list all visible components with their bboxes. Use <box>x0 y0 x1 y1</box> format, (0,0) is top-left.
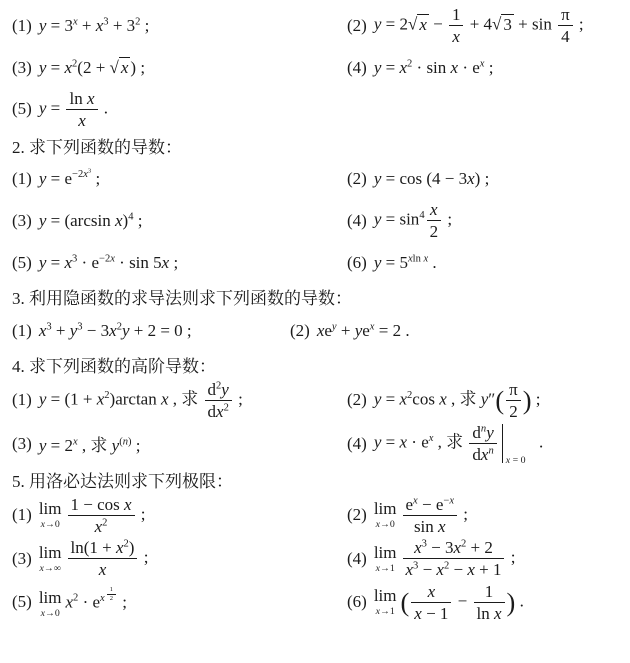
denominator: x2 <box>68 515 135 537</box>
limit: limx→0 <box>374 500 397 530</box>
math-text: 1 − cos <box>71 495 125 514</box>
math-text: ; <box>459 504 468 523</box>
item-label: (1) <box>12 505 32 525</box>
item-formula: limx→01 − cos xx2 ; <box>39 494 146 538</box>
big-paren: ( <box>495 385 504 414</box>
math-text: = cos (4 − 3 <box>381 169 467 188</box>
limit-label: lim <box>374 544 397 562</box>
big-paren: ) <box>523 385 532 414</box>
exercise-row: (1)y = 3x + x3 + 32 ;(2)y = 2√x − 1x + 4… <box>12 4 626 48</box>
math-text: e <box>472 58 480 77</box>
fraction: d2ydx2 <box>205 379 232 423</box>
math-text: 3 <box>64 16 73 35</box>
item-label: (2) <box>347 169 367 189</box>
limit-subscript: x→0 <box>374 520 397 530</box>
item-label: (5) <box>12 253 32 273</box>
numerator: x3 − 3x2 + 2 <box>403 537 505 558</box>
math-text: e <box>64 169 72 188</box>
square-root: √3 <box>492 14 514 34</box>
math-text: ; <box>575 15 584 34</box>
column-left-cell: (3)y = x2(2 + √x) ; <box>12 58 347 78</box>
denominator: 4 <box>558 25 573 47</box>
item-label: (2) <box>290 321 310 341</box>
math-text: + 4 <box>465 15 492 34</box>
math-text: ; <box>532 389 541 408</box>
item-formula: xey + yex = 2 . <box>317 321 410 341</box>
denominator: x <box>66 109 97 131</box>
math-text: · sin <box>412 58 450 77</box>
column-left-cell: (1)y = (1 + x2)arctan x , 求 d2ydx2 ; <box>12 379 347 423</box>
exercise-row: (3)limx→∞ln(1 + x2)x ;(4)limx→1x3 − 3x2 … <box>12 537 626 581</box>
numerator: ex − e−x <box>403 494 458 515</box>
column-right-cell: (2)xey + yex = 2 . <box>290 321 626 341</box>
fraction: 12 <box>107 586 116 603</box>
math-text: · sin 5 <box>115 253 162 272</box>
column-right-cell: (2)y = cos (4 − 3x) ; <box>347 169 626 189</box>
numerator: π <box>558 4 573 25</box>
math-text: = <box>381 389 399 408</box>
item-label: (3) <box>12 549 32 569</box>
math-variable: x <box>64 58 72 77</box>
math-variable: x <box>399 389 407 408</box>
column-left-cell: (5)limx→0x2 · ex12 ; <box>12 586 347 618</box>
document-page: (1)y = 3x + x3 + 32 ;(2)y = 2√x − 1x + 4… <box>0 0 630 624</box>
item-label: (6) <box>347 592 367 612</box>
item-formula: y = e−2x3 ; <box>39 169 100 189</box>
radicand: x <box>119 57 131 77</box>
math-variable: x <box>453 538 461 557</box>
item-formula: limx→1(xx − 1 − 1ln x) . <box>374 581 524 625</box>
math-text: ) ; <box>475 169 490 188</box>
item-label: (4) <box>347 434 367 454</box>
math-text: )arctan <box>110 389 161 408</box>
radicand: 3 <box>501 14 514 34</box>
column-left-cell: (1)limx→01 − cos xx2 ; <box>12 494 347 538</box>
column-right-cell: (4)y = x2 · sin x · ex ; <box>347 58 626 78</box>
math-text: 1 <box>485 582 494 601</box>
column-left-cell: (3)limx→∞ln(1 + x2)x ; <box>12 537 347 581</box>
math-variable: n <box>488 446 493 457</box>
math-variable: x <box>64 253 72 272</box>
limit: limx→0 <box>39 589 62 619</box>
math-text: π <box>561 5 570 24</box>
math-variable: y <box>122 321 130 340</box>
item-formula: x3 + y3 − 3x2y + 2 = 0 ; <box>39 321 192 341</box>
column-right-cell: (6)y = 5xln x . <box>347 253 626 273</box>
math-text: e <box>324 321 332 340</box>
evaluation-bar: x = 0 <box>502 424 535 463</box>
math-variable: x <box>428 582 436 601</box>
fraction: 1x <box>449 4 464 48</box>
denominator: dx2 <box>205 400 232 422</box>
math-text: − 1 <box>422 604 449 623</box>
item-label: (3) <box>12 434 32 454</box>
item-formula: y = ln xx . <box>39 88 108 132</box>
section-header: 3. 利用隐函数的求导法则求下列函数的导数： <box>12 283 626 311</box>
math-variable: x <box>467 169 475 188</box>
item-label: (3) <box>12 211 32 231</box>
math-text: ) <box>129 538 135 557</box>
math-text: · <box>458 58 472 77</box>
math-variable: x <box>439 389 447 408</box>
column-right-cell: (6)limx→1(xx − 1 − 1ln x) . <box>347 581 626 625</box>
superscript: 2 <box>224 402 229 413</box>
limit-label: lim <box>374 587 397 605</box>
math-text: = <box>46 253 64 272</box>
item-formula: limx→0x2 · ex12 ; <box>39 586 127 618</box>
item-formula: y = 2√x − 1x + 4√3 + sin π4 ; <box>374 4 584 48</box>
math-text: + <box>109 16 127 35</box>
limit-label: lim <box>39 589 62 607</box>
exercise-section-1: (1)y = 3x + x3 + 32 ;(2)y = 2√x − 1x + 4… <box>12 4 626 131</box>
math-variable: x <box>161 389 169 408</box>
item-formula: y = 3x + x3 + 32 ; <box>39 16 150 36</box>
math-text: − 3 <box>427 538 454 557</box>
math-variable: x <box>414 538 422 557</box>
item-label: (1) <box>12 390 32 410</box>
item-label: (6) <box>347 253 367 273</box>
math-variable: x <box>467 560 475 579</box>
exercise-row: (1)y = (1 + x2)arctan x , 求 d2ydx2 ;(2)y… <box>12 379 626 423</box>
math-text: 1 <box>110 586 113 593</box>
limit-subscript: x→0 <box>39 520 62 530</box>
fraction: 1 − cos xx2 <box>68 494 135 538</box>
math-text: ; <box>484 58 493 77</box>
math-text: (arcsin <box>64 211 115 230</box>
math-variable: x <box>109 321 117 340</box>
math-variable: x <box>430 200 438 219</box>
math-text: = <box>381 253 399 272</box>
denominator: 2 <box>506 400 521 422</box>
math-text: 5 <box>399 253 408 272</box>
item-formula: y = (1 + x2)arctan x , 求 d2ydx2 ; <box>39 379 243 423</box>
math-text: = <box>46 436 64 455</box>
limit: limx→0 <box>39 500 62 530</box>
math-text: ) ; <box>130 58 145 77</box>
math-text: (2 + <box>77 58 109 77</box>
column-left-cell: (1)y = 3x + x3 + 32 ; <box>12 16 347 36</box>
item-label: (2) <box>347 16 367 36</box>
math-text: ; <box>234 389 243 408</box>
fraction: ln(1 + x2)x <box>68 537 138 581</box>
math-variable: x <box>66 592 74 611</box>
column-right-cell: (2)y = x2cos x , 求 y″(π2) ; <box>347 379 626 423</box>
item-formula: y = cos (4 − 3x) ; <box>374 169 489 189</box>
math-text: sin <box>399 210 419 229</box>
item-formula: y = x2cos x , 求 y″(π2) ; <box>374 379 541 423</box>
math-text: = <box>46 16 64 35</box>
math-variable: x <box>121 58 129 77</box>
math-variable: x <box>452 27 460 46</box>
math-text: − <box>429 15 447 34</box>
exercise-section-3: 3. 利用隐函数的求导法则求下列函数的导数：(1)x3 + y3 − 3x2y … <box>12 283 626 351</box>
math-variable: x <box>494 604 502 623</box>
math-text: 2 <box>224 402 229 413</box>
exercise-row: (5)y = ln xx . <box>12 88 626 132</box>
fraction: π2 <box>506 379 521 423</box>
math-text: →0 <box>380 519 395 530</box>
math-variable: x <box>87 89 95 108</box>
math-text: sin <box>414 517 438 536</box>
superscript: −2x3 <box>72 169 91 180</box>
superscript: x12 <box>100 593 118 604</box>
item-formula: y = 5xln x . <box>374 253 437 273</box>
denominator: 2 <box>107 594 116 603</box>
numerator: 1 − cos x <box>68 494 135 515</box>
column-right-cell: (2)y = 2√x − 1x + 4√3 + sin π4 ; <box>347 4 626 48</box>
superscript: n <box>488 446 493 457</box>
numerator: 1 <box>449 4 464 25</box>
evaluation-subscript: x = 0 <box>506 455 526 466</box>
math-text: + 2 = 0 ; <box>130 321 192 340</box>
numerator: ln x <box>66 88 97 109</box>
fraction: π4 <box>558 4 573 48</box>
math-text: →1 <box>380 563 395 574</box>
math-variable: x <box>116 538 124 557</box>
fraction: x3 − 3x2 + 2x3 − x2 − x + 1 <box>403 537 505 581</box>
math-text: −2 <box>72 169 83 180</box>
column-right-cell: (4)limx→1x3 − 3x2 + 2x3 − x2 − x + 1 ; <box>347 537 626 581</box>
numerator: x <box>411 581 451 602</box>
column-left-cell: (3)y = (arcsin x)4 ; <box>12 211 347 231</box>
item-label: (3) <box>12 58 32 78</box>
exercise-row: (3)y = (arcsin x)4 ;(4)y = sin4x2 ; <box>12 199 626 243</box>
math-variable: x <box>438 517 446 536</box>
column-left-cell: (5)y = ln xx . <box>12 88 347 132</box>
radical-icon: √ <box>110 58 119 77</box>
exercise-section-5: 5. 用洛必达法则求下列极限：(1)limx→01 − cos xx2 ;(2)… <box>12 466 626 625</box>
math-text: cos <box>412 389 439 408</box>
math-variable: y <box>221 380 229 399</box>
math-text: e <box>91 253 99 272</box>
math-text: ; <box>443 210 452 229</box>
item-formula: y = 2x , 求 y(n) ; <box>39 431 141 456</box>
item-label: (1) <box>12 321 32 341</box>
numerator: 1 <box>474 581 505 602</box>
radical-icon: √ <box>408 15 417 34</box>
math-variable: x <box>115 211 123 230</box>
math-text: 3 <box>503 15 512 34</box>
radical-icon: √ <box>492 15 501 34</box>
math-text: ; <box>506 548 515 567</box>
math-text: = 2 <box>381 15 408 34</box>
math-text: d <box>208 380 217 399</box>
limit-subscript: x→∞ <box>39 564 62 574</box>
item-label: (2) <box>347 390 367 410</box>
item-label: (1) <box>12 16 32 36</box>
column-right-cell: (4)y = x · ex , 求 dnydxnx = 0 . <box>347 422 626 466</box>
math-text: − <box>418 495 436 514</box>
limit-label: lim <box>374 500 397 518</box>
superscript: 4 <box>419 210 424 221</box>
math-text: + <box>52 321 70 340</box>
section-header: 2. 求下列函数的导数： <box>12 131 626 159</box>
math-text: −2 <box>99 253 110 264</box>
exercise-section-4: 4. 求下列函数的高阶导数：(1)y = (1 + x2)arctan x , … <box>12 351 626 466</box>
exercise-row: (1)x3 + y3 − 3x2y + 2 = 0 ;(2)xey + yex … <box>12 311 626 351</box>
math-text: . <box>428 253 437 272</box>
math-text: d <box>208 402 217 421</box>
math-text: →∞ <box>44 563 61 574</box>
item-formula: y = x2 · sin x · ex ; <box>374 58 494 78</box>
math-text: 2 <box>102 517 107 528</box>
numerator: ln(1 + x2) <box>68 537 138 558</box>
item-formula: limx→1x3 − 3x2 + 2x3 − x2 − x + 1 ; <box>374 537 516 581</box>
math-variable: y <box>486 423 494 442</box>
math-text: d <box>472 445 481 464</box>
math-text: ln <box>477 604 494 623</box>
math-variable: x <box>124 495 132 514</box>
column-left-cell: (1)x3 + y3 − 3x2y + 2 = 0 ; <box>12 321 290 341</box>
fraction: xx − 1 <box>411 581 451 625</box>
math-text: . <box>535 433 544 452</box>
math-text: + sin <box>514 15 556 34</box>
item-label: (2) <box>347 505 367 525</box>
math-text: ln <box>413 253 424 264</box>
math-variable: x <box>216 402 224 421</box>
denominator: dxn <box>469 443 496 465</box>
math-text: − 3 <box>83 321 110 340</box>
math-variable: x <box>399 433 407 452</box>
numerator: 1 <box>107 586 116 594</box>
math-variable: x <box>99 560 107 579</box>
math-text: →1 <box>380 606 395 617</box>
math-variable: x <box>449 495 454 506</box>
superscript: (n) <box>119 437 131 448</box>
math-text: , 求 <box>169 389 203 408</box>
big-paren: ( <box>401 587 410 616</box>
exercise-row: (3)y = x2(2 + √x) ;(4)y = x2 · sin x · e… <box>12 48 626 88</box>
math-text: ; <box>139 548 148 567</box>
superscript: −2x <box>99 253 115 264</box>
limit-subscript: x→1 <box>374 564 397 574</box>
denominator: x3 − x2 − x + 1 <box>403 558 505 580</box>
item-formula: y = sin4x2 ; <box>374 199 452 243</box>
math-text: 4 <box>561 27 570 46</box>
math-text: = <box>46 211 64 230</box>
math-text: = <box>46 98 64 117</box>
math-text: π <box>509 380 518 399</box>
numerator: x <box>427 199 442 220</box>
math-variable: x <box>436 560 444 579</box>
item-label: (5) <box>12 592 32 612</box>
fraction: x2 <box>427 199 442 243</box>
denominator: ln x <box>474 602 505 624</box>
item-formula: limx→∞ln(1 + x2)x ; <box>39 537 149 581</box>
exercise-row: (3)y = 2x , 求 y(n) ;(4)y = x · ex , 求 dn… <box>12 422 626 466</box>
section-header: 4. 求下列函数的高阶导数： <box>12 351 626 379</box>
denominator: x <box>68 558 138 580</box>
column-left-cell: (5)y = x3 · e−2x · sin 5x ; <box>12 253 347 273</box>
math-text: 1 <box>452 5 461 24</box>
math-text: + 2 <box>466 538 493 557</box>
column-left-cell: (1)y = e−2x3 ; <box>12 169 347 189</box>
math-text: = (1 + <box>46 389 96 408</box>
math-text: · <box>407 433 421 452</box>
exercise-row: (5)limx→0x2 · ex12 ;(6)limx→1(xx − 1 − 1… <box>12 581 626 625</box>
item-label: (1) <box>12 169 32 189</box>
numerator: π <box>506 379 521 400</box>
math-text: ; <box>169 253 178 272</box>
math-text: 2 <box>509 402 518 421</box>
column-right-cell: (4)y = sin4x2 ; <box>347 199 626 243</box>
superscript: xln x <box>408 253 428 264</box>
math-variable: x <box>406 560 414 579</box>
item-formula: y = x3 · e−2x · sin 5x ; <box>39 253 178 273</box>
column-left-cell: (3)y = 2x , 求 y(n) ; <box>12 431 347 456</box>
denominator: x <box>449 25 464 47</box>
math-text: e <box>92 592 100 611</box>
exercise-row: (1)y = e−2x3 ;(2)y = cos (4 − 3x) ; <box>12 159 626 199</box>
section-header: 5. 用洛必达法则求下列极限： <box>12 466 626 494</box>
big-paren: ) <box>507 587 516 616</box>
exercise-row: (1)limx→01 − cos xx2 ;(2)limx→0ex − e−xs… <box>12 494 626 538</box>
limit: limx→∞ <box>39 544 62 574</box>
math-text: = <box>381 433 399 452</box>
limit-subscript: x→0 <box>39 609 62 619</box>
math-text: . <box>515 591 524 610</box>
math-text: →0 <box>45 519 60 530</box>
denominator: 2 <box>427 220 442 242</box>
math-text: ln(1 + <box>71 538 116 557</box>
math-text: ; <box>91 169 100 188</box>
exercise-section-2: 2. 求下列函数的导数：(1)y = e−2x3 ;(2)y = cos (4 … <box>12 131 626 283</box>
radicand: x <box>417 14 429 34</box>
math-variable: x <box>399 58 407 77</box>
superscript: 2 <box>102 517 107 528</box>
math-text: ; <box>132 436 141 455</box>
math-variable: x <box>414 604 422 623</box>
square-root: √x <box>110 57 131 77</box>
math-text: e <box>362 321 370 340</box>
math-text: + <box>78 16 96 35</box>
denominator: sin x <box>403 515 458 537</box>
limit-label: lim <box>39 544 62 562</box>
math-text: 3 <box>127 16 136 35</box>
fraction: ex − e−xsin x <box>403 494 458 538</box>
fraction: dnydxn <box>469 422 496 466</box>
math-text: = <box>381 58 399 77</box>
math-text: ln <box>69 89 86 108</box>
fraction: 1ln x <box>474 581 505 625</box>
math-text: 4 <box>419 210 424 221</box>
math-text: · <box>78 592 92 611</box>
math-text: = <box>46 169 64 188</box>
math-text: · <box>77 253 91 272</box>
math-text: − <box>453 591 471 610</box>
math-text: = 0 <box>510 455 525 466</box>
item-formula: y = x · ex , 求 dnydxnx = 0 . <box>374 422 543 466</box>
math-text: ; <box>133 211 142 230</box>
item-label: (4) <box>347 549 367 569</box>
math-text: 2 <box>64 436 73 455</box>
item-label: (5) <box>12 99 32 119</box>
math-text: d <box>472 423 481 442</box>
math-text: 2 <box>110 595 113 602</box>
limit-label: lim <box>39 500 62 518</box>
square-root: √x <box>408 14 429 34</box>
item-label: (4) <box>347 58 367 78</box>
math-text: e <box>406 495 414 514</box>
math-text: , 求 <box>433 433 467 452</box>
math-text: . <box>100 98 109 117</box>
math-text: = <box>46 58 64 77</box>
denominator: x − 1 <box>411 602 451 624</box>
limit-subscript: x→1 <box>374 607 397 617</box>
math-text: + <box>337 321 355 340</box>
math-text: ; <box>137 504 146 523</box>
math-variable: x <box>451 58 459 77</box>
